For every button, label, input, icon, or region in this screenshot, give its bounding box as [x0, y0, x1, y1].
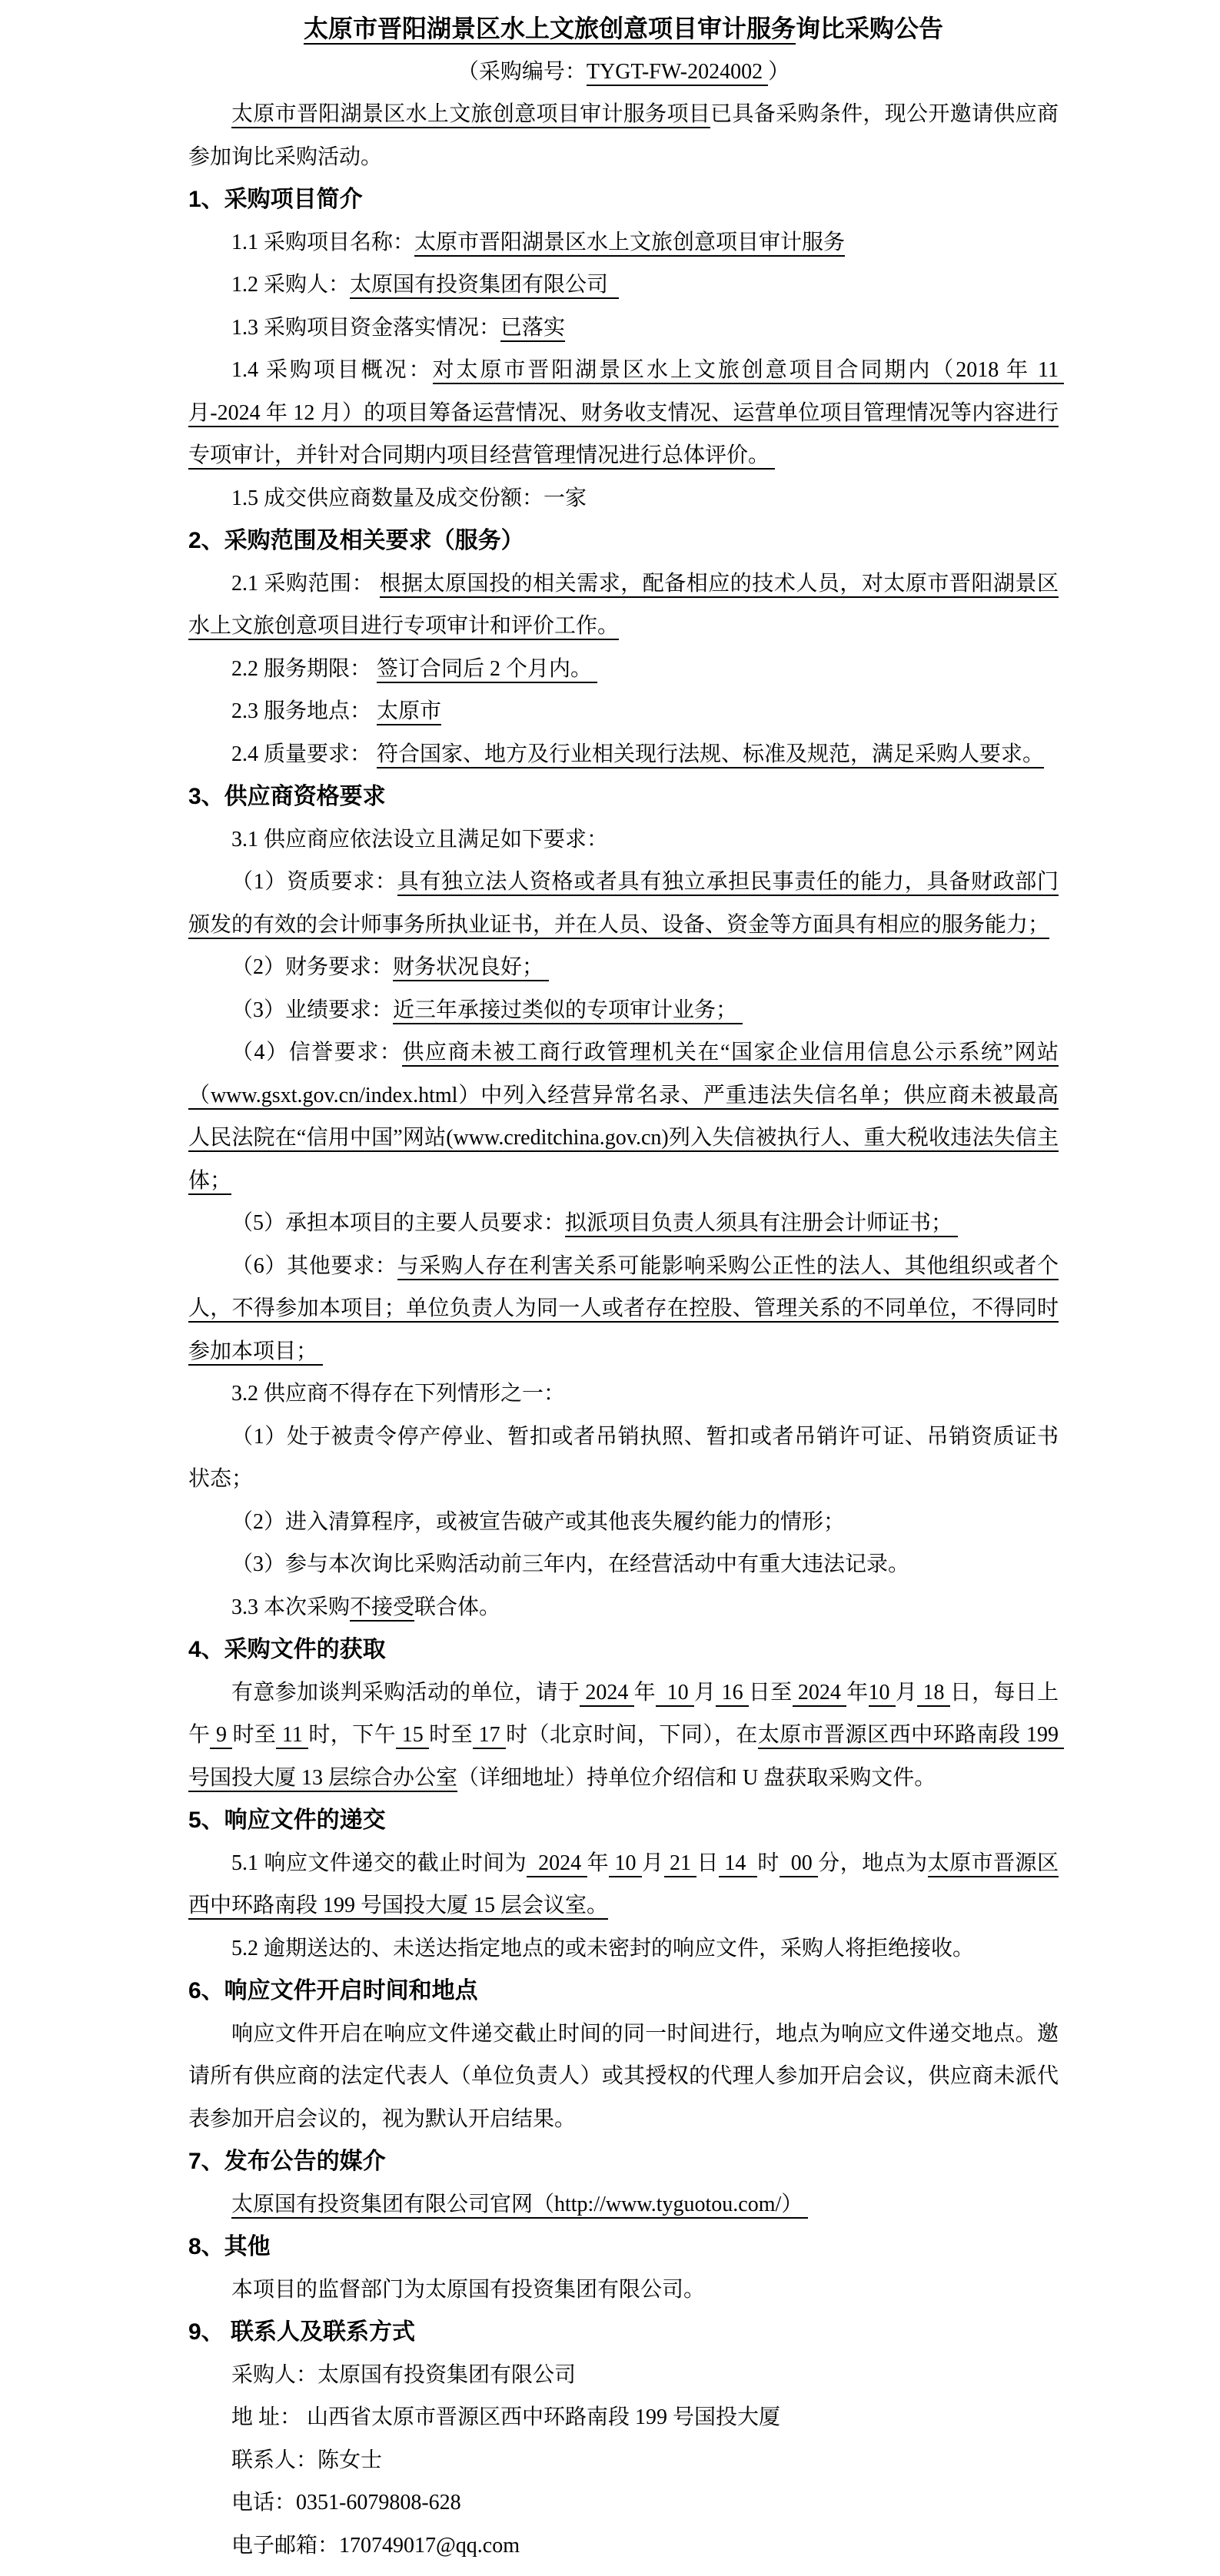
underlined-value: 2024 — [580, 1681, 634, 1707]
item-1-1: 1.1 采购项目名称：太原市晋阳湖景区水上文旅创意项目审计服务 — [188, 221, 1059, 264]
section-7-paragraph: 太原国有投资集团有限公司官网（http://www.tyguotou.com/） — [188, 2183, 1059, 2226]
underlined-value: TYGT-FW-2024002 — [587, 60, 768, 86]
text-run: （详细地址）持单位介绍信和 U 盘获取采购文件。 — [457, 1766, 936, 1790]
text-run: 年 — [634, 1681, 656, 1705]
section-1-heading: 1、采购项目简介 — [188, 178, 1059, 221]
text-run: 日至 — [749, 1681, 793, 1705]
underlined-value: 17 — [473, 1723, 506, 1749]
underlined-value: 14 — [719, 1851, 757, 1877]
section-7-heading: 7、发布公告的媒介 — [188, 2140, 1059, 2183]
underlined-value: 不接受 — [350, 1595, 414, 1622]
underlined-value: 太原国有投资集团有限公司 — [350, 273, 619, 299]
text-run: 月 — [642, 1851, 663, 1875]
item-3-1-1: （1）资质要求：具有独立法人资格或者具有独立承担民事责任的能力，具备财政部门颁发… — [188, 861, 1059, 946]
document-body: 太原市晋阳湖景区水上文旅创意项目审计服务询比采购公告（采购编号：TYGT-FW-… — [188, 8, 1059, 2567]
text-run: （1）处于被责令停产停业、暂扣或者吊销执照、暂扣或者吊销许可证、吊销资质证书状态… — [188, 1425, 1059, 1492]
text-run: 询比采购公告 — [796, 15, 943, 42]
contact-address: 地 址： 山西省太原市晋源区西中环路南段 199 号国投大厦 — [188, 2396, 1059, 2439]
item-3-1-6: （6）其他要求：与采购人存在利害关系可能影响采购公正性的法人、其他组织或者个人，… — [188, 1245, 1059, 1373]
underlined-value: 近三年承接过类似的专项审计业务； — [393, 998, 743, 1024]
text-run: 本项目的监督部门为太原国有投资集团有限公司。 — [231, 2278, 705, 2302]
item-3-2: 3.2 供应商不得存在下列情形之一： — [188, 1373, 1059, 1416]
item-3-1-4: （4）信誉要求：供应商未被工商行政管理机关在“国家企业信用信息公示系统”网站（w… — [188, 1031, 1059, 1202]
item-3-2-2: （2）进入清算程序，或被宣告破产或其他丧失履约能力的情形； — [188, 1501, 1059, 1544]
text-run: （5）承担本项目的主要人员要求： — [231, 1211, 565, 1235]
text-run: 2、采购范围及相关要求（服务） — [188, 528, 524, 553]
section-4-paragraph: 有意参加谈判采购活动的单位，请于 2024 年 10 月 16 日至 2024 … — [188, 1671, 1059, 1800]
underlined-value: 00 — [780, 1851, 818, 1877]
doc-title: 太原市晋阳湖景区水上文旅创意项目审计服务询比采购公告 — [188, 8, 1059, 51]
item-3-2-3: （3）参与本次询比采购活动前三年内，在经营活动中有重大违法记录。 — [188, 1543, 1059, 1586]
text-run: 年 — [846, 1681, 868, 1705]
item-1-3: 1.3 采购项目资金落实情况：已落实 — [188, 307, 1059, 350]
text-run: 2.2 服务期限： — [231, 657, 377, 681]
underlined-value: 2024 — [793, 1681, 847, 1707]
text-run: 时 — [757, 1851, 779, 1875]
contact-buyer: 采购人：太原国有投资集团有限公司 — [188, 2354, 1059, 2397]
underlined-value: 太原市 — [377, 699, 441, 725]
underlined-value: 拟派项目负责人须具有注册会计师证书； — [565, 1211, 958, 1237]
item-1-2: 1.2 采购人：太原国有投资集团有限公司 — [188, 264, 1059, 307]
underlined-value: 9 — [210, 1723, 232, 1749]
text-run: （6）其他要求： — [231, 1254, 397, 1278]
text-run: 年 — [587, 1851, 609, 1875]
text-run: 1.3 采购项目资金落实情况： — [231, 316, 500, 340]
underlined-value: 2024 — [527, 1851, 587, 1877]
item-3-2-1: （1）处于被责令停产停业、暂扣或者吊销执照、暂扣或者吊销许可证、吊销资质证书状态… — [188, 1416, 1059, 1501]
item-3-1: 3.1 供应商应依法设立且满足如下要求： — [188, 818, 1059, 861]
text-run: （3）业绩要求： — [231, 998, 393, 1022]
text-run: 电子邮箱：170749017@qq.com — [231, 2534, 520, 2558]
underlined-value: 符合国家、地方及行业相关现行法规、标准及规范，满足采购人要求。 — [377, 742, 1044, 768]
item-2-1: 2.1 采购范围： 根据太原国投的相关需求，配备相应的技术人员，对太原市晋阳湖景… — [188, 563, 1059, 648]
section-2-heading: 2、采购范围及相关要求（服务） — [188, 520, 1059, 563]
item-3-1-2: （2）财务要求：财务状况良好； — [188, 946, 1059, 989]
underlined-value: 15 — [396, 1723, 429, 1749]
text-run: （2）进入清算程序，或被宣告破产或其他丧失履约能力的情形； — [231, 1510, 845, 1534]
text-run: （4）信誉要求： — [231, 1041, 402, 1064]
text-run: 1、采购项目简介 — [188, 187, 363, 212]
item-2-3: 2.3 服务地点： 太原市 — [188, 690, 1059, 733]
text-run: 6、响应文件开启时间和地点 — [188, 1978, 478, 2003]
text-run: （3）参与本次询比采购活动前三年内，在经营活动中有重大违法记录。 — [231, 1552, 909, 1576]
underlined-value: 16 — [716, 1681, 749, 1707]
underlined-value: 10 — [656, 1681, 694, 1707]
item-1-5: 1.5 成交供应商数量及成交份额：一家 — [188, 477, 1059, 520]
item-3-3: 3.3 本次采购不接受联合体。 — [188, 1586, 1059, 1629]
underlined-value: 10 — [609, 1851, 642, 1877]
item-5-2: 5.2 逾期送达的、未送达指定地点的或未密封的响应文件，采购人将拒绝接收。 — [188, 1927, 1059, 1970]
text-run: 4、采购文件的获取 — [188, 1637, 386, 1662]
text-run: 1.1 采购项目名称： — [231, 231, 414, 254]
doc-ref-number: （采购编号：TYGT-FW-2024002 ） — [188, 51, 1059, 94]
text-run: 1.2 采购人： — [231, 273, 350, 297]
text-run: 8、其他 — [188, 2234, 271, 2259]
intro-paragraph: 太原市晋阳湖景区水上文旅创意项目审计服务项目已具备采购条件，现公开邀请供应商参加… — [188, 93, 1059, 178]
text-run: 1.4 采购项目概况： — [231, 358, 433, 382]
section-6-paragraph: 响应文件开启在响应文件递交截止时间的同一时间进行，地点为响应文件递交地点。邀请所… — [188, 2013, 1059, 2141]
text-run: 月 — [896, 1681, 917, 1705]
item-1-4: 1.4 采购项目概况：对太原市晋阳湖景区水上文旅创意项目合同期内（2018 年 … — [188, 349, 1059, 477]
section-5-heading: 5、响应文件的递交 — [188, 1799, 1059, 1842]
item-2-4: 2.4 质量要求： 符合国家、地方及行业相关现行法规、标准及规范，满足采购人要求… — [188, 733, 1059, 776]
text-run: 3.3 本次采购 — [231, 1595, 350, 1619]
text-run: 月 — [694, 1681, 716, 1705]
underlined-value: 太原国有投资集团有限公司官网（http://www.tyguotou.com/） — [231, 2193, 808, 2219]
document-page: 太原市晋阳湖景区水上文旅创意项目审计服务询比采购公告（采购编号：TYGT-FW-… — [0, 0, 1220, 2576]
text-run: 时至 — [429, 1723, 473, 1747]
text-run: 9、 联系人及联系方式 — [188, 2319, 415, 2345]
text-run: 5、响应文件的递交 — [188, 1808, 386, 1833]
contact-phone: 电话：0351-6079808-628 — [188, 2481, 1059, 2525]
text-run: 时至 — [232, 1723, 276, 1747]
text-run: 2.1 采购范围： — [231, 572, 380, 596]
underlined-value: 太原市晋阳湖景区水上文旅创意项目审计服务 — [414, 231, 845, 257]
section-3-heading: 3、供应商资格要求 — [188, 775, 1059, 818]
underlined-value: 11 — [276, 1723, 308, 1749]
underlined-value: 财务状况良好； — [393, 955, 549, 981]
section-9-heading: 9、 联系人及联系方式 — [188, 2311, 1059, 2354]
underlined-value: 太原市晋阳湖景区水上文旅创意项目审计服务 — [304, 15, 796, 45]
item-3-1-3: （3）业绩要求：近三年承接过类似的专项审计业务； — [188, 989, 1059, 1032]
section-6-heading: 6、响应文件开启时间和地点 — [188, 1970, 1059, 2013]
contact-person: 联系人：陈女士 — [188, 2439, 1059, 2482]
text-run: 2.3 服务地点： — [231, 699, 377, 723]
item-3-1-5: （5）承担本项目的主要人员要求：拟派项目负责人须具有注册会计师证书； — [188, 1202, 1059, 1245]
text-run: （2）财务要求： — [231, 955, 393, 979]
underlined-value: 10 — [869, 1681, 896, 1707]
text-run: 1.5 成交供应商数量及成交份额：一家 — [231, 486, 587, 510]
text-run: 2.4 质量要求： — [231, 742, 377, 766]
text-run: 联系人：陈女士 — [231, 2448, 382, 2472]
underlined-value: 21 — [664, 1851, 697, 1877]
underlined-value: 18 — [917, 1681, 950, 1707]
text-run: 分，地点为 — [818, 1851, 927, 1875]
text-run: 有意参加谈判采购活动的单位，请于 — [231, 1681, 580, 1705]
underlined-value: 太原市晋阳湖景区水上文旅创意项目审计服务项目 — [231, 102, 710, 128]
text-run: 5.1 响应文件递交的截止时间为 — [231, 1851, 527, 1875]
text-run: 5.2 逾期送达的、未送达指定地点的或未密封的响应文件，采购人将拒绝接收。 — [231, 1937, 974, 1960]
text-run: 地 址： 山西省太原市晋源区西中环路南段 199 号国投大厦 — [231, 2405, 780, 2429]
text-run: 时（北京时间，下同），在 — [506, 1723, 758, 1747]
item-2-2: 2.2 服务期限： 签订合同后 2 个月内。 — [188, 648, 1059, 691]
text-run: ） — [768, 60, 790, 84]
text-run: 日 — [696, 1851, 718, 1875]
text-run: 联合体。 — [414, 1595, 500, 1619]
text-run: 7、发布公告的媒介 — [188, 2149, 386, 2174]
text-run: 响应文件开启在响应文件递交截止时间的同一时间进行，地点为响应文件递交地点。邀请所… — [188, 2022, 1059, 2131]
text-run: 采购人：太原国有投资集团有限公司 — [231, 2363, 576, 2387]
section-8-heading: 8、其他 — [188, 2226, 1059, 2269]
underlined-value: 签订合同后 2 个月内。 — [377, 657, 597, 683]
section-8-paragraph: 本项目的监督部门为太原国有投资集团有限公司。 — [188, 2269, 1059, 2312]
text-run: 3、供应商资格要求 — [188, 784, 386, 809]
contact-email: 电子邮箱：170749017@qq.com — [188, 2525, 1059, 2568]
text-run: 3.1 供应商应依法设立且满足如下要求： — [231, 828, 608, 851]
text-run: 3.2 供应商不得存在下列情形之一： — [231, 1382, 565, 1406]
section-4-heading: 4、采购文件的获取 — [188, 1628, 1059, 1671]
item-5-1: 5.1 响应文件递交的截止时间为 2024 年 10 月 21 日 14 时 0… — [188, 1842, 1059, 1927]
text-run: （采购编号： — [457, 60, 587, 84]
text-run: （1）资质要求： — [231, 870, 397, 894]
text-run: 电话：0351-6079808-628 — [231, 2491, 461, 2515]
text-run: 时，下午 — [308, 1723, 396, 1747]
underlined-value: 已落实 — [500, 316, 565, 342]
